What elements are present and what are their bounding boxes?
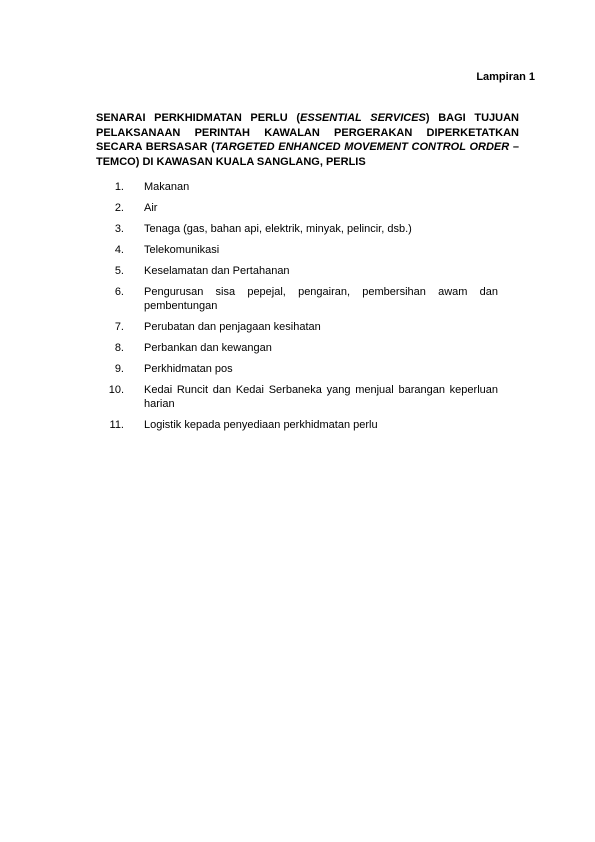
list-item: 8. Perbankan dan kewangan — [96, 341, 498, 355]
title-temco-english: TARGETED ENHANCED MOVEMENT CONTROL ORDER — [215, 141, 509, 153]
list-item: 1. Makanan — [96, 180, 498, 194]
list-item: 7. Perubatan dan penjagaan kesihatan — [96, 320, 498, 334]
item-text: Perubatan dan penjagaan kesihatan — [144, 320, 498, 334]
item-number: 6. — [96, 285, 144, 313]
document-page: Lampiran 1 SENARAI PERKHIDMATAN PERLU (E… — [0, 0, 595, 842]
item-number: 8. — [96, 341, 144, 355]
item-number: 1. — [96, 180, 144, 194]
item-number: 3. — [96, 222, 144, 236]
item-number: 11. — [96, 418, 144, 432]
list-item: 2. Air — [96, 201, 498, 215]
item-number: 2. — [96, 201, 144, 215]
item-text: Air — [144, 201, 498, 215]
list-item: 3. Tenaga (gas, bahan api, elektrik, min… — [96, 222, 498, 236]
item-number: 5. — [96, 264, 144, 278]
item-text: Tenaga (gas, bahan api, elektrik, minyak… — [144, 222, 498, 236]
item-text: Perbankan dan kewangan — [144, 341, 498, 355]
list-item: 6. Pengurusan sisa pepejal, pengairan, p… — [96, 285, 498, 313]
item-text: Pengurusan sisa pepejal, pengairan, pemb… — [144, 285, 498, 313]
list-item: 4. Telekomunikasi — [96, 243, 498, 257]
attachment-label: Lampiran 1 — [476, 70, 535, 84]
item-text: Makanan — [144, 180, 498, 194]
item-number: 7. — [96, 320, 144, 334]
item-text: Logistik kepada penyediaan perkhidmatan … — [144, 418, 498, 432]
item-text: Keselamatan dan Pertahanan — [144, 264, 498, 278]
item-text: Kedai Runcit dan Kedai Serbaneka yang me… — [144, 383, 498, 411]
item-text: Perkhidmatan pos — [144, 362, 498, 376]
item-number: 9. — [96, 362, 144, 376]
title-essential-services: ESSENTIAL SERVICES — [300, 112, 426, 124]
list-item: 11. Logistik kepada penyediaan perkhidma… — [96, 418, 498, 432]
item-text: Telekomunikasi — [144, 243, 498, 257]
document-title: SENARAI PERKHIDMATAN PERLU (ESSENTIAL SE… — [96, 111, 519, 169]
title-part-1: SENARAI PERKHIDMATAN PERLU ( — [96, 112, 300, 124]
list-item: 5. Keselamatan dan Pertahanan — [96, 264, 498, 278]
list-item: 9. Perkhidmatan pos — [96, 362, 498, 376]
item-number: 10. — [96, 383, 144, 411]
essential-services-list: 1. Makanan 2. Air 3. Tenaga (gas, bahan … — [96, 180, 498, 439]
list-item: 10. Kedai Runcit dan Kedai Serbaneka yan… — [96, 383, 498, 411]
item-number: 4. — [96, 243, 144, 257]
